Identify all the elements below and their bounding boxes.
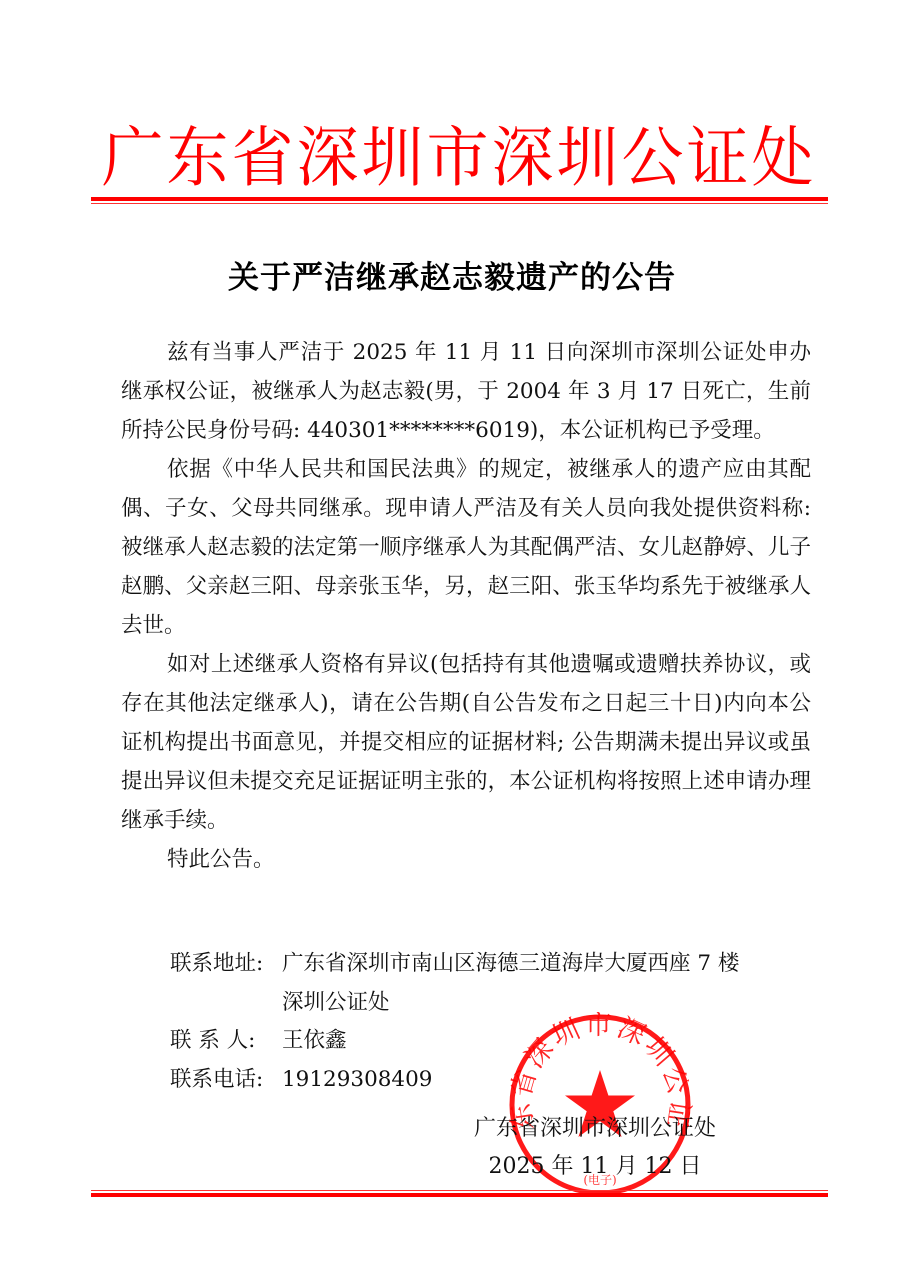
address-line-2: 深圳公证处 [282,984,390,1023]
signature-org: 广东省深圳市深圳公证处 [455,1110,735,1148]
paragraph-objection: 如对上述继承人资格有异议(包括持有其他遗嘱或遗赠扶养协议，或存在其他法定继承人)… [121,645,811,840]
signature-block: 广东省深圳市深圳公证处 2025 年 11 月 12 日 [455,1110,735,1186]
person-label: 联 系 人: [170,1022,282,1061]
signature-date: 2025 年 11 月 12 日 [455,1148,735,1186]
masthead-rule-thick [91,197,828,201]
contact-address-row: 联系地址: 广东省深圳市南山区海德三道海岸大厦西座 7 楼 [170,945,739,984]
paragraph-closing: 特此公告。 [121,840,811,879]
phone-label: 联系电话: [170,1061,282,1100]
paragraph-heirs: 依据《中华人民共和国民法典》的规定，被继承人的遗产应由其配偶、子女、父母共同继承… [121,450,811,645]
document-body: 兹有当事人严洁于 2025 年 11 月 11 日向深圳市深圳公证处申办继承权公… [121,333,811,879]
paragraph-acceptance: 兹有当事人严洁于 2025 年 11 月 11 日向深圳市深圳公证处申办继承权公… [121,333,811,450]
footer-rule-thin [91,1190,828,1191]
address-line-1: 广东省深圳市南山区海德三道海岸大厦西座 7 楼 [282,945,739,984]
contact-phone: 19129308409 [282,1061,432,1100]
footer-rule-thick [91,1193,828,1197]
address-label: 联系地址: [170,945,282,984]
masthead-org-name: 广东省深圳市深圳公证处 [90,116,828,200]
contact-person: 王依鑫 [282,1022,347,1061]
masthead-rule-thin [91,203,828,204]
document-title: 关于严洁继承赵志毅遗产的公告 [0,256,904,300]
